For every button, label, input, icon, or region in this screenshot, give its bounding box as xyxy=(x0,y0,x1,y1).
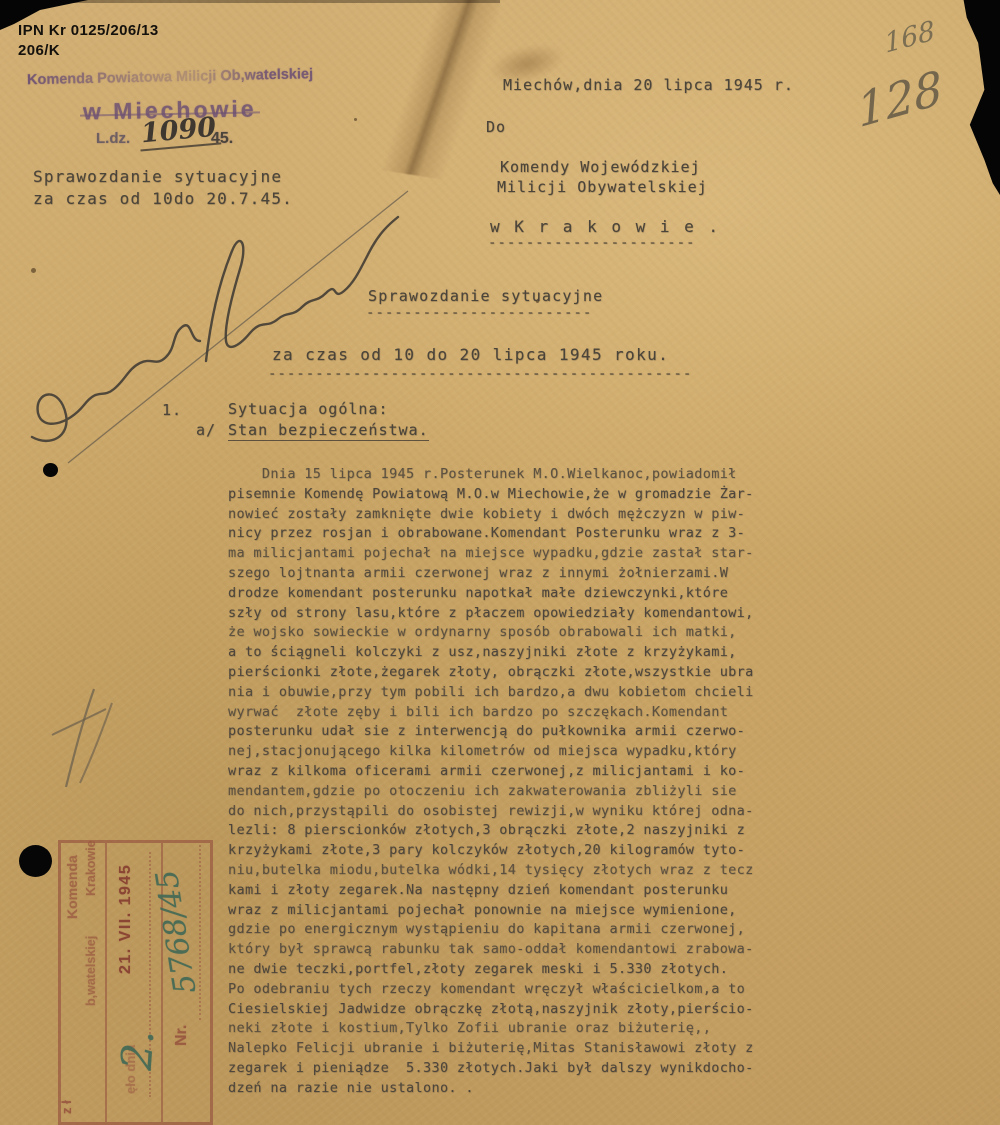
receipt-stamp: z ł Komenda b,watelskiej Krakowie ęło dn… xyxy=(58,840,213,1125)
body-line: zegarek i pieniądze 5.330 złotych.Jaki b… xyxy=(228,1059,754,1079)
place-date-line: Miechów,dnia 20 lipca 1945 r. xyxy=(503,76,794,94)
body-line: że wojsko sowieckie w ordynarny sposób o… xyxy=(228,623,754,643)
ldz-suffix: 45. xyxy=(211,130,233,148)
section-number: 1. xyxy=(162,401,182,419)
addressee-city: w K r a k o w i e . xyxy=(490,217,721,236)
stamp-entry-number-handwritten: 2. xyxy=(112,1028,164,1071)
body-line: szego lojtnanta armii czerwonej wraz z i… xyxy=(228,564,754,584)
body-line: ma milicjantami pojechał na miejsce wypa… xyxy=(228,544,754,564)
body-line: dzeń na razie nie ustalono. . xyxy=(228,1079,754,1099)
section-heading: Sytuacja ogólna: xyxy=(228,400,389,418)
body-line: wraz z kilkoma oficerami armii czerwonej… xyxy=(228,762,754,782)
title-underline: ------------------------ xyxy=(366,305,592,321)
body-line: krzyżykami złote,3 pary kolczyków złotyc… xyxy=(228,841,754,861)
report-type-line1: Sprawozdanie sytuacyjne xyxy=(33,167,282,186)
stamp-received-date: 21. VII. 1945 xyxy=(117,864,135,974)
ldz-number-handwritten: 1090 xyxy=(138,112,222,152)
body-line: ne dwie teczki,portfel,złoty zegarek mes… xyxy=(228,960,754,980)
body-line: nowieć zostały zamknięte dwie kobiety i … xyxy=(228,505,754,525)
body-line: wraz z milicjantami pojechał ponownie na… xyxy=(228,901,754,921)
report-body: Dnia 15 lipca 1945 r.Posterunek M.O.Wiel… xyxy=(228,465,754,1099)
subsection-heading: Stan bezpieczeństwa. xyxy=(228,421,429,441)
addressee-to: Do xyxy=(486,118,506,136)
document-title: Sprawozdanie sytuacyjne xyxy=(368,287,603,305)
addressee-line1: Komendy Wojewódzkiej xyxy=(500,158,701,176)
stamp-header-line1: Komenda xyxy=(64,855,80,919)
body-line: mendantem,gdzie po otoczeniu ich zakwate… xyxy=(228,782,754,802)
body-line: neki złote i kostium,Tylko Zofii ubranie… xyxy=(228,1019,754,1039)
stamp-dotted-line xyxy=(199,845,201,1020)
subsection-label: a/ xyxy=(196,421,216,439)
stamp-nr-value-handwritten: 5768/45 xyxy=(149,867,203,996)
paper-speck xyxy=(354,118,357,121)
body-line: pisemnie Komendę Powiatową M.O.w Miechow… xyxy=(228,485,754,505)
body-line: do nich,przystąpili do osobistej rewizji… xyxy=(228,802,754,822)
body-line: Dnia 15 lipca 1945 r.Posterunek M.O.Wiel… xyxy=(228,465,754,485)
stamp-corner-fragment: z ł xyxy=(59,1100,74,1114)
ldz-label: L.dz. xyxy=(96,130,130,147)
addressee-underline: ---------------------- xyxy=(488,235,695,251)
body-line: kami i złoty zegarek.Na następny dzień k… xyxy=(228,881,754,901)
stamp-header-line2a: b,watelskiej xyxy=(84,936,98,1006)
body-line: nej,stacjonującego kilka kilometrów od m… xyxy=(228,742,754,762)
document-subtitle: za czas od 10 do 20 lipca 1945 roku. xyxy=(272,345,669,364)
body-line: nicy przez rosjan i obrabowane.Komendant… xyxy=(228,524,754,544)
pencil-mark xyxy=(38,675,128,795)
addressee-line2: Milicji Obywatelskiej xyxy=(497,178,708,196)
body-line: niu,butelka miodu,butelka wódki,14 tysię… xyxy=(228,861,754,881)
body-line: lezli: 8 pierscionków złotych,3 obrączki… xyxy=(228,821,754,841)
archive-reference-line1: IPN Kr 0125/206/13 xyxy=(18,22,159,39)
stamp-header-line2b: Krakowie xyxy=(84,840,98,896)
archive-reference-line2: 206/K xyxy=(18,42,60,59)
body-line: nia i obuwie,przy tym pobili ich bardzo,… xyxy=(228,683,754,703)
stamp-nr-label: Nr. xyxy=(173,1025,191,1046)
paper-edge-shadow xyxy=(60,0,500,3)
body-line: gdzie po energicznym wystąpieniu do kapi… xyxy=(228,920,754,940)
body-line: który był sprawcą rabunku tak samo-oddał… xyxy=(228,940,754,960)
document-scan: IPN Kr 0125/206/13 206/K Komenda Powiato… xyxy=(0,0,1000,1125)
body-line: Nalepko Felicji ubranie i biżuterię,Mita… xyxy=(228,1039,754,1059)
body-line: wyrwać złote zęby i bili ich bardzo po s… xyxy=(228,703,754,723)
body-line: drodze komendant posterunku napotkał mał… xyxy=(228,584,754,604)
body-line: pierścionki złote,żegarek złoty, obrączk… xyxy=(228,663,754,683)
body-line: Ciesielskiej Jadwidze obrączkę złotą,nas… xyxy=(228,1000,754,1020)
hole-punch xyxy=(19,845,52,877)
stamp-divider xyxy=(105,843,107,1122)
subtitle-underline: ----------------------------------------… xyxy=(268,366,692,382)
body-line: Po odebraniu tych rzeczy komendant wręcz… xyxy=(228,980,754,1000)
body-line: szły od strony lasu,które z płaczem opow… xyxy=(228,604,754,624)
body-line: a to ściągneli kolczyki z usz,naszyjniki… xyxy=(228,643,754,663)
body-line: posterunku udał sie z interwencją do puł… xyxy=(228,722,754,742)
